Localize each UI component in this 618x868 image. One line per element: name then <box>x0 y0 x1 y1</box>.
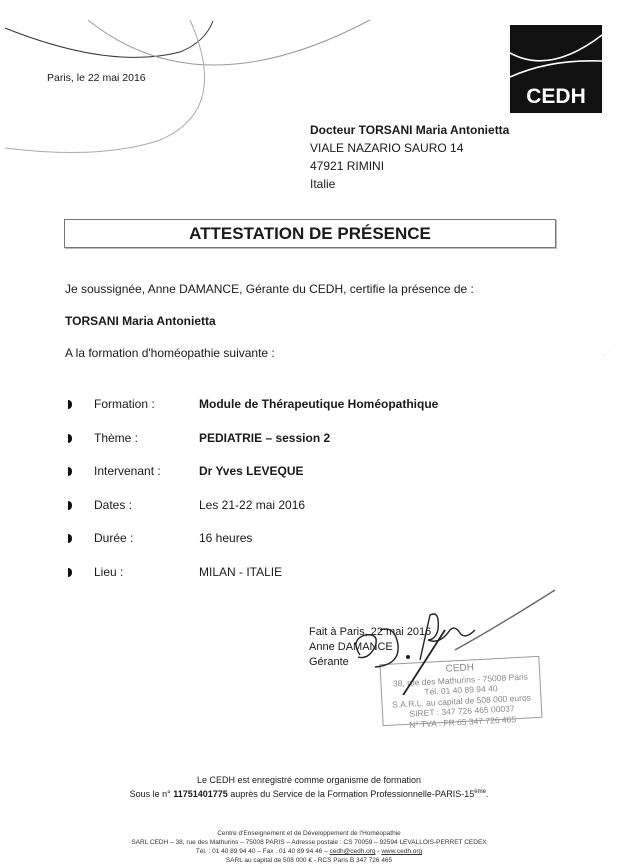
detail-value: Module de Thérapeutique Homéopathique <box>199 397 438 411</box>
detail-value: 16 heures <box>199 531 252 545</box>
letterhead-footer: Centre d'Enseignement et de Développemen… <box>0 829 618 865</box>
bullet-icon <box>68 467 72 476</box>
recipient-address: Docteur TORSANI Maria Antonietta VIALE N… <box>310 121 509 193</box>
detail-row: Intervenant :Dr Yves LEVEQUE <box>68 464 518 498</box>
detail-label: Dates : <box>94 498 132 512</box>
cedh-logo: CEDH <box>510 25 602 113</box>
footer-legal: SARL au capital de 508 000 € - RCS Paris… <box>0 856 618 865</box>
footer-contact: Tél. : 01 40 89 94 40 – Fax . 01 40 89 9… <box>0 847 618 856</box>
handwritten-signature <box>340 585 590 695</box>
detail-label: Lieu : <box>94 565 123 579</box>
recipient-country: Italie <box>310 175 509 193</box>
detail-row: Formation :Module de Thérapeutique Homéo… <box>68 397 518 431</box>
bullet-icon <box>68 534 72 543</box>
recipient-street: VIALE NAZARIO SAURO 14 <box>310 139 509 157</box>
registration-number: 11751401775 <box>173 789 228 799</box>
detail-label: Thème : <box>94 431 138 445</box>
detail-value: Dr Yves LEVEQUE <box>199 464 304 478</box>
detail-row: Durée :16 heures <box>68 531 518 565</box>
bullet-icon <box>68 568 72 577</box>
document-title: ATTESTATION DE PRÉSENCE <box>64 219 556 248</box>
bullet-icon <box>68 400 72 409</box>
logo-text: CEDH <box>510 85 602 109</box>
certification-statement: Je soussignée, Anne DAMANCE, Gérante du … <box>65 282 474 296</box>
detail-value: Les 21-22 mai 2016 <box>199 498 305 512</box>
registration-notice: Le CEDH est enregistré comme organisme d… <box>0 774 618 800</box>
detail-row: Dates :Les 21-22 mai 2016 <box>68 498 518 532</box>
footer-email-link[interactable]: cedh@cedh.org <box>330 848 376 855</box>
footer-website-link[interactable]: www.cedh.org <box>381 848 422 855</box>
detail-value: MILAN - ITALIE <box>199 565 282 579</box>
bullet-icon <box>68 434 72 443</box>
detail-label: Intervenant : <box>94 464 161 478</box>
training-intro: A la formation d'homéopathie suivante : <box>65 346 275 360</box>
footer-org-name: Centre d'Enseignement et de Développemen… <box>0 829 618 838</box>
recipient-city: 47921 RIMINI <box>310 157 509 175</box>
registration-line-2: Sous le n° 11751401775 auprès du Service… <box>0 786 618 800</box>
detail-row: Thème :PEDIATRIE – session 2 <box>68 431 518 465</box>
detail-label: Formation : <box>94 397 155 411</box>
bullet-icon <box>68 501 72 510</box>
training-details: Formation :Module de Thérapeutique Homéo… <box>68 397 518 598</box>
recipient-name: Docteur TORSANI Maria Antonietta <box>310 121 509 139</box>
registration-line-1: Le CEDH est enregistré comme organisme d… <box>0 774 618 786</box>
detail-label: Durée : <box>94 531 133 545</box>
scan-artifact: · ˙ <box>603 352 610 359</box>
footer-address: SARL CEDH – 38, rue des Mathurins – 7500… <box>0 838 618 847</box>
attendee-name: TORSANI Maria Antonietta <box>65 314 216 328</box>
letter-date: Paris, le 22 mai 2016 <box>47 72 146 84</box>
detail-value: PEDIATRIE – session 2 <box>199 431 330 445</box>
